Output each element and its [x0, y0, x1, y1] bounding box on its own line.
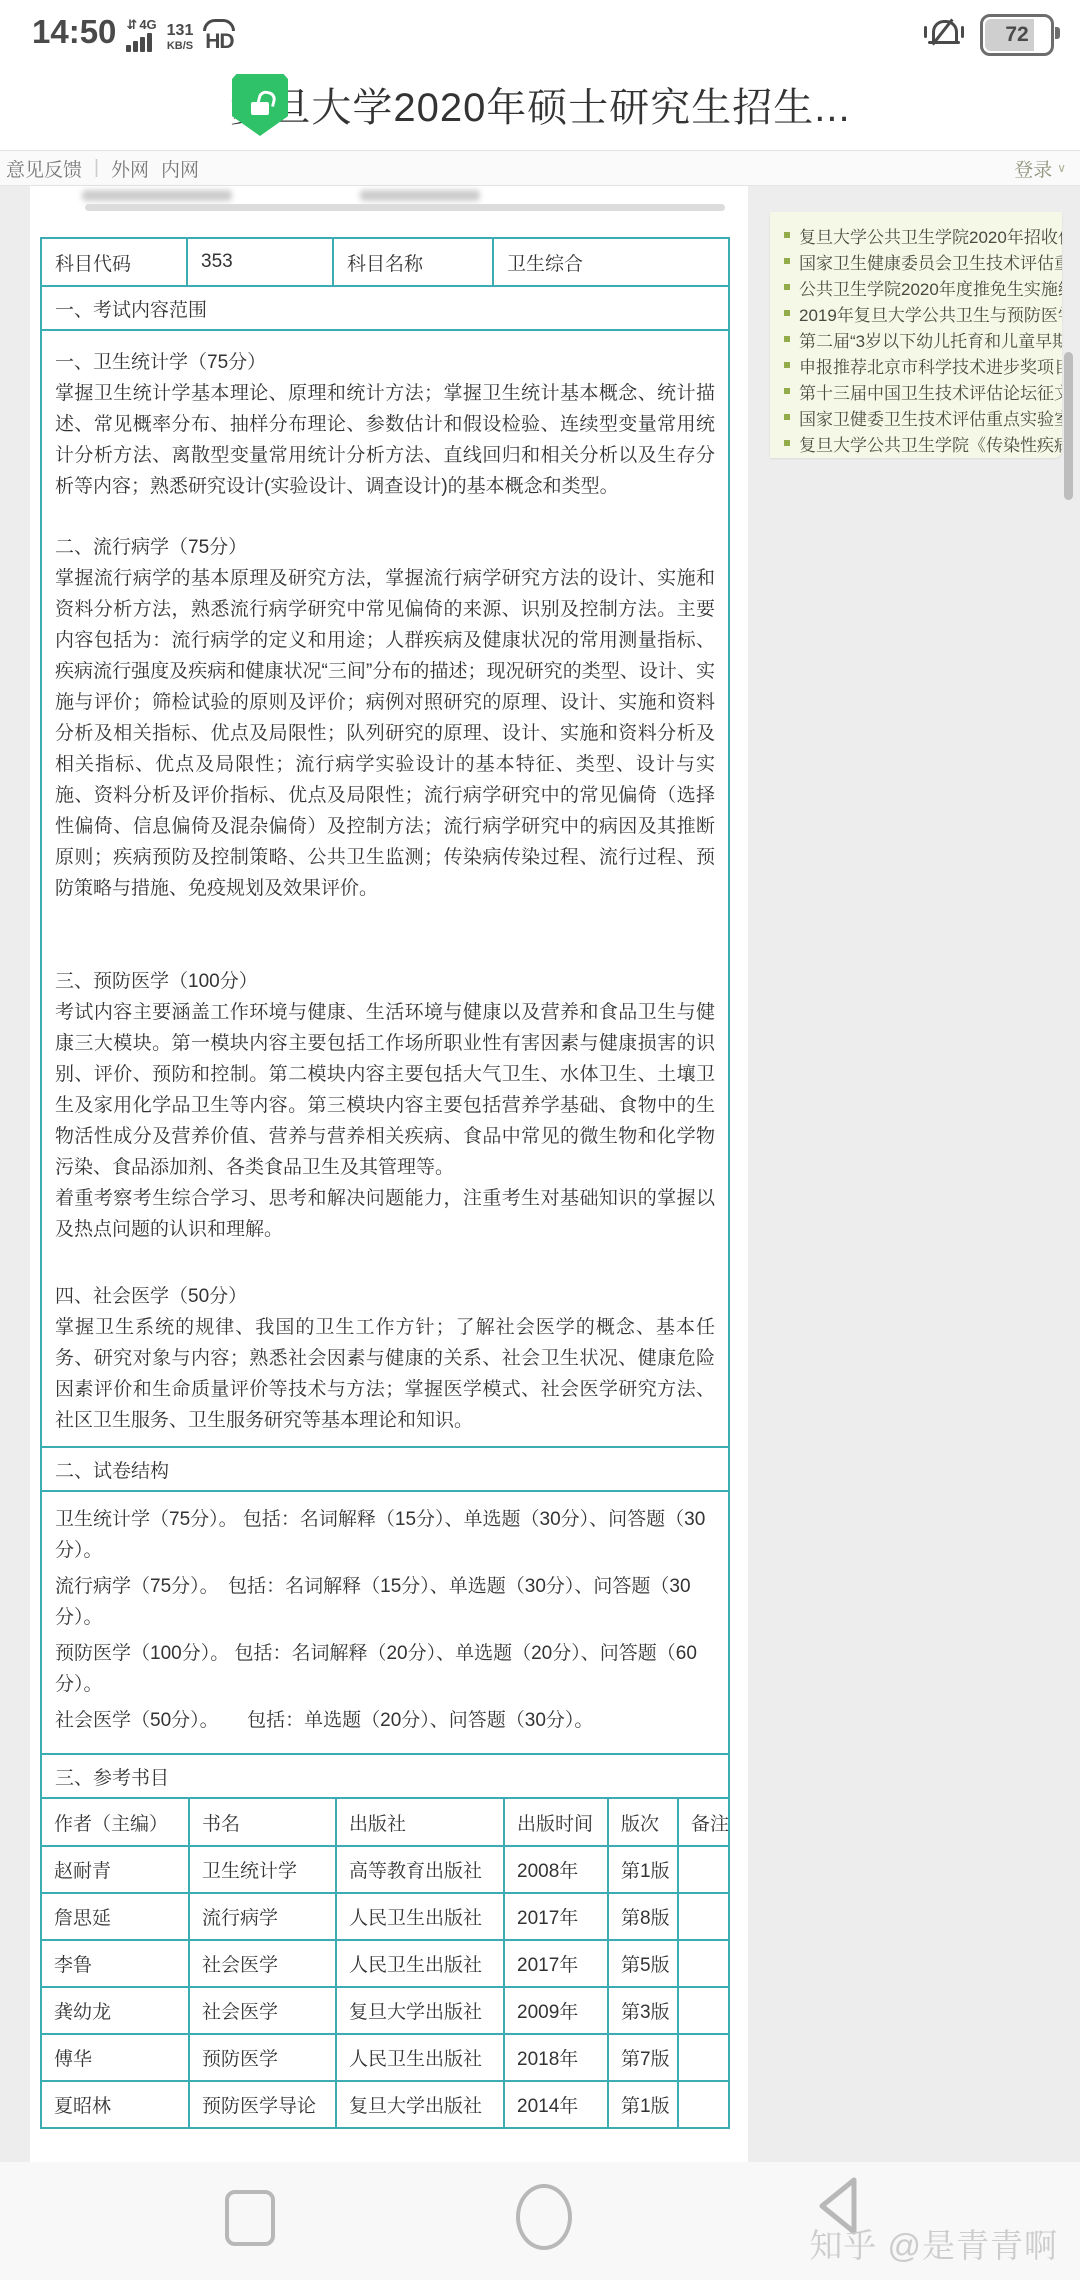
bullet-icon [784, 388, 790, 394]
book-pubdate: 2014年 [505, 2082, 609, 2127]
book-title: 社会医学 [190, 1988, 337, 2033]
blurred-breadcrumb [360, 190, 480, 201]
bullet-icon [784, 310, 790, 316]
book-author: 詹思延 [42, 1894, 190, 1939]
book-pubdate: 2018年 [505, 2035, 609, 2080]
sidebar-link[interactable]: 申报推荐北京市科学技术进步奖项目公 [770, 352, 1062, 378]
paper-structure-line: 卫生统计学（75分）。 包括：名词解释（15分）、单选题（30分）、问答题（30… [55, 1504, 715, 1566]
book-pubdate: 2008年 [505, 1847, 609, 1892]
book-pubdate: 2017年 [505, 1941, 609, 1986]
subject-name-value: 卫生综合 [494, 239, 728, 285]
page-title: 复旦大学2020年硕士研究生招生... [0, 76, 1080, 133]
table-row: 科目代码 353 科目名称 卫生综合 [42, 239, 728, 287]
bullet-icon [784, 284, 790, 290]
book-notes [679, 1894, 728, 1939]
sidebar-link-label: 第十三届中国卫生技术评估论坛征文/ [799, 379, 1062, 404]
bullet-icon [784, 362, 790, 368]
book-title: 流行病学 [190, 1894, 337, 1939]
sidebar-link[interactable]: 国家卫生健康委员会卫生技术评估重点 [770, 248, 1062, 274]
book-notes [679, 2082, 728, 2127]
status-right-group: 72 [924, 14, 1054, 56]
sidebar-link[interactable]: 公共卫生学院2020年度推免生实施细则 [770, 274, 1062, 300]
speed-unit: KB/S [167, 41, 193, 52]
book-notes [679, 1988, 728, 2033]
battery-icon: 72 [980, 14, 1054, 56]
browser-title-bar: 复旦大学2020年硕士研究生招生... [0, 62, 1080, 150]
signal-bars-icon [126, 33, 152, 52]
section-heading: 一、卫生统计学（75分） [55, 347, 715, 378]
home-button[interactable] [516, 2184, 572, 2250]
bullet-icon [784, 336, 790, 342]
mute-vibrate-icon [924, 18, 964, 52]
clock: 14:50 [32, 12, 116, 52]
book-publisher: 人民卫生出版社 [337, 1894, 505, 1939]
battery-percent: 72 [983, 17, 1051, 53]
section-paragraph: 考试内容主要涵盖工作环境与健康、生活环境与健康以及营养和食品卫生与健康三大模块。… [55, 997, 715, 1183]
section-heading: 三、预防医学（100分） [55, 966, 715, 997]
blurred-breadcrumb [82, 190, 232, 201]
section-heading: 四、社会医学（50分） [55, 1281, 715, 1312]
table-row: 傅华 预防医学 人民卫生出版社 2018年 第7版 [42, 2035, 728, 2082]
site-utility-bar: 意见反馈 | 外网 内网 登录 ∨ [0, 150, 1080, 186]
subject-code-value: 353 [188, 239, 334, 285]
book-author: 李鲁 [42, 1941, 190, 1986]
divider-bar [85, 204, 725, 211]
col-header-pubdate: 出版时间 [505, 1799, 609, 1845]
sidebar-link[interactable]: 第二届“3岁以下幼儿托育和儿童早期发 [770, 326, 1062, 352]
sidebar-link[interactable]: 第十三届中国卫生技术评估论坛征文/ [770, 378, 1062, 404]
book-publisher: 复旦大学出版社 [337, 2082, 505, 2127]
speed-value: 131 [167, 23, 194, 39]
book-author: 赵耐青 [42, 1847, 190, 1892]
books-table: 作者（主编） 书名 出版社 出版时间 版次 备注 赵耐青 卫生统计学 高等教育出… [42, 1799, 728, 2127]
book-edition: 第1版 [609, 2082, 679, 2127]
section-paragraph: 着重考察考生综合学习、思考和解决问题能力，注重考生对基础知识的掌握以及热点问题的… [55, 1183, 715, 1245]
paper-structure-line: 预防医学（100分）。 包括：名词解释（20分）、单选题（20分）、问答题（60… [55, 1638, 715, 1700]
book-edition: 第3版 [609, 1988, 679, 2033]
extranet-link[interactable]: 外网 [111, 155, 149, 182]
news-sidebar: 复旦大学公共卫生学院2020年招收优秀 国家卫生健康委员会卫生技术评估重点 公共… [770, 212, 1062, 458]
book-author: 夏昭林 [42, 2082, 190, 2127]
zhihu-watermark: 知乎 @是青青啊 [809, 2220, 1058, 2267]
col-header-edition: 版次 [609, 1799, 679, 1845]
book-pubdate: 2009年 [505, 1988, 609, 2033]
network-speed: 131 KB/S [167, 23, 194, 52]
sidebar-link-label: 复旦大学公共卫生学院《传染性疾病建 [799, 431, 1062, 456]
section-paragraph: 掌握卫生统计学基本理论、原理和统计方法；掌握卫生统计基本概念、统计描述、常见概率… [55, 378, 715, 502]
status-bar: 14:50 ⇵ 4G 131 KB/S HD 72 [0, 0, 1080, 62]
status-left-group: 14:50 ⇵ 4G 131 KB/S HD [32, 12, 235, 52]
part1-title: 一、考试内容范围 [42, 287, 728, 331]
chevron-down-icon: ∨ [1057, 161, 1066, 175]
sidebar-link[interactable]: 国家卫健委卫生技术评估重点实验室 [770, 404, 1062, 430]
col-header-notes: 备注 [679, 1799, 728, 1845]
android-nav-bar: 知乎 @是青青啊 [0, 2162, 1080, 2280]
sidebar-link-label: 复旦大学公共卫生学院2020年招收优秀 [799, 223, 1062, 248]
col-header-author: 作者（主编） [42, 1799, 190, 1845]
paper-structure-line: 社会医学（50分）。 包括：单选题（20分）、问答题（30分）。 [55, 1705, 715, 1736]
bullet-icon [784, 232, 790, 238]
sidebar-link-label: 公共卫生学院2020年度推免生实施细则 [799, 275, 1062, 300]
book-notes [679, 1847, 728, 1892]
network-type-label: 4G [139, 18, 156, 31]
syllabus-table: 科目代码 353 科目名称 卫生综合 一、考试内容范围 一、卫生统计学（75分）… [40, 237, 730, 2129]
sidebar-link[interactable]: 2019年复旦大学公共卫生与预防医学博 [770, 300, 1062, 326]
book-edition: 第8版 [609, 1894, 679, 1939]
subject-name-label: 科目名称 [334, 239, 494, 285]
book-title: 卫生统计学 [190, 1847, 337, 1892]
login-control[interactable]: 登录 ∨ [1014, 151, 1066, 185]
book-title: 预防医学 [190, 2035, 337, 2080]
part3-title: 三、参考书目 [42, 1755, 728, 1799]
book-edition: 第7版 [609, 2035, 679, 2080]
section-paragraph: 掌握卫生系统的规律、我国的卫生工作方针；了解社会医学的概念、基本任务、研究对象与… [55, 1312, 715, 1436]
book-title: 预防医学导论 [190, 2082, 337, 2127]
paper-structure-line: 流行病学（75分）。 包括：名词解释（15分）、单选题（30分）、问答题（30分… [55, 1571, 715, 1633]
intranet-link[interactable]: 内网 [161, 155, 199, 182]
book-author: 傅华 [42, 2035, 190, 2080]
part2-title: 二、试卷结构 [42, 1448, 728, 1492]
col-header-publisher: 出版社 [337, 1799, 505, 1845]
section-heading: 二、流行病学（75分） [55, 532, 715, 563]
book-publisher: 人民卫生出版社 [337, 1941, 505, 1986]
login-link[interactable]: 登录 [1014, 155, 1052, 182]
col-header-title: 书名 [190, 1799, 337, 1845]
bullet-icon [784, 414, 790, 420]
book-publisher: 人民卫生出版社 [337, 2035, 505, 2080]
book-publisher: 高等教育出版社 [337, 1847, 505, 1892]
sidebar-link-label: 2019年复旦大学公共卫生与预防医学博 [799, 301, 1062, 326]
table-row: 詹思延 流行病学 人民卫生出版社 2017年 第8版 [42, 1894, 728, 1941]
section-paragraph: 掌握流行病学的基本原理及研究方法，掌握流行病学研究方法的设计、实施和资料分析方法… [55, 563, 715, 904]
updown-arrows-icon: ⇵ [126, 18, 137, 31]
sidebar-link-label: 第二届“3岁以下幼儿托育和儿童早期发 [799, 327, 1062, 352]
table-row: 赵耐青 卫生统计学 高等教育出版社 2008年 第1版 [42, 1847, 728, 1894]
bullet-icon [784, 440, 790, 446]
sidebar-link[interactable]: 复旦大学公共卫生学院2020年招收优秀 [770, 222, 1062, 248]
books-header-row: 作者（主编） 书名 出版社 出版时间 版次 备注 [42, 1799, 728, 1847]
subject-code-label: 科目代码 [42, 239, 188, 285]
table-row: 李鲁 社会医学 人民卫生出版社 2017年 第5版 [42, 1941, 728, 1988]
book-author: 龚幼龙 [42, 1988, 190, 2033]
book-edition: 第1版 [609, 1847, 679, 1892]
bullet-icon [784, 258, 790, 264]
scrollbar-thumb[interactable] [1064, 352, 1073, 500]
book-title: 社会医学 [190, 1941, 337, 1986]
book-notes [679, 1941, 728, 1986]
sidebar-link-label: 申报推荐北京市科学技术进步奖项目公 [799, 353, 1062, 378]
sidebar-link[interactable]: 复旦大学公共卫生学院《传染性疾病建 [770, 430, 1062, 456]
part2-content: 卫生统计学（75分）。 包括：名词解释（15分）、单选题（30分）、问答题（30… [42, 1492, 728, 1755]
sidebar-link-label: 国家卫生健康委员会卫生技术评估重点 [799, 249, 1062, 274]
volte-hd-icon: HD [203, 19, 235, 52]
feedback-link[interactable]: 意见反馈 [6, 155, 82, 182]
book-pubdate: 2017年 [505, 1894, 609, 1939]
network-signal-icon: ⇵ 4G [126, 18, 156, 52]
sidebar-link-label: 国家卫健委卫生技术评估重点实验室 [799, 405, 1062, 430]
separator: | [94, 157, 99, 179]
part1-content: 一、卫生统计学（75分） 掌握卫生统计学基本理论、原理和统计方法；掌握卫生统计基… [42, 331, 728, 1448]
recent-apps-button[interactable] [225, 2190, 275, 2246]
book-publisher: 复旦大学出版社 [337, 1988, 505, 2033]
table-row: 龚幼龙 社会医学 复旦大学出版社 2009年 第3版 [42, 1988, 728, 2035]
book-edition: 第5版 [609, 1941, 679, 1986]
book-notes [679, 2035, 728, 2080]
content-card: 科目代码 353 科目名称 卫生综合 一、考试内容范围 一、卫生统计学（75分）… [30, 186, 748, 2162]
table-row: 夏昭林 预防医学导论 复旦大学出版社 2014年 第1版 [42, 2082, 728, 2127]
